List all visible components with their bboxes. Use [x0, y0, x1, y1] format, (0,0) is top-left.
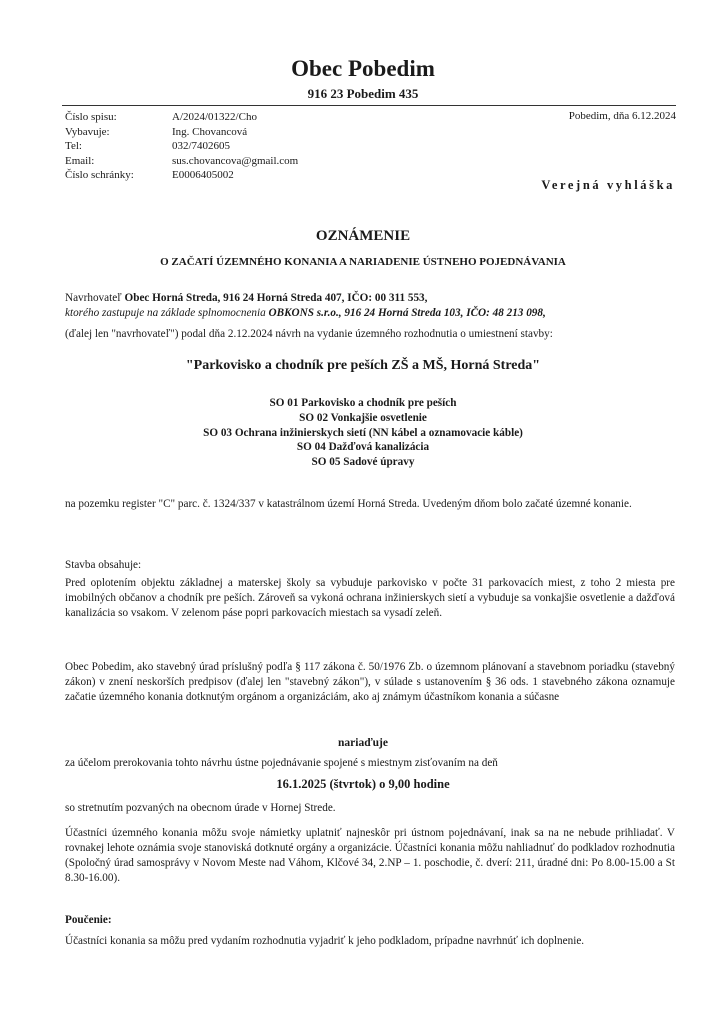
building-object: SO 04 Dažďová kanalizácia: [0, 440, 726, 455]
meta-row-email: Email: sus.chovancova@gmail.com: [65, 154, 298, 169]
purpose-paragraph: za účelom prerokovania tohto návrhu ústn…: [65, 756, 675, 771]
building-object: SO 01 Parkovisko a chodník pre peších: [0, 396, 726, 411]
document-subheading: O ZAČATÍ ÚZEMNÉHO KONANIA A NARIADENIE Ú…: [0, 256, 726, 268]
meeting-paragraph: so stretnutím pozvaných na obecnom úrade…: [65, 801, 675, 816]
proposer-name: Obec Horná Streda, 916 24 Horná Streda 4…: [125, 292, 428, 304]
meta-value: E0006405002: [172, 168, 234, 183]
building-objects-list: SO 01 Parkovisko a chodník pre peších SO…: [0, 396, 726, 470]
location-paragraph: na pozemku register "C" parc. č. 1324/33…: [65, 497, 675, 512]
authority-paragraph: Obec Pobedim, ako stavebný úrad príslušn…: [65, 660, 675, 705]
file-metadata: Číslo spisu: A/2024/01322/Cho Vybavuje: …: [65, 110, 298, 183]
proposer-line: Navrhovateľ Obec Horná Streda, 916 24 Ho…: [65, 291, 675, 306]
objections-paragraph: Účastníci územného konania môžu svoje ná…: [65, 826, 675, 886]
document-heading: OZNÁMENIE: [0, 228, 726, 245]
municipality-address: 916 23 Pobedim 435: [0, 86, 726, 102]
meta-row-file-number: Číslo spisu: A/2024/01322/Cho: [65, 110, 298, 125]
meta-row-phone: Tel: 032/7402605: [65, 139, 298, 154]
meta-value: 032/7402605: [172, 139, 230, 154]
meta-value: A/2024/01322/Cho: [172, 110, 257, 125]
hearing-date: 16.1.2025 (štvrtok) o 9,00 hodine: [0, 777, 726, 792]
proposer-paragraph: Navrhovateľ Obec Horná Streda, 916 24 Ho…: [65, 291, 675, 342]
public-notice-label: Verejná vyhláška: [541, 178, 675, 193]
instruction-label: Poučenie:: [65, 913, 675, 928]
representative-prefix: ktorého zastupuje na základe splnomocnen…: [65, 307, 269, 319]
representative-name: OBKONS s.r.o., 916 24 Horná Streda 103, …: [269, 307, 546, 319]
meta-value: Ing. Chovancová: [172, 125, 247, 140]
meta-value: sus.chovancova@gmail.com: [172, 154, 298, 169]
building-object: SO 02 Vonkajšie osvetlenie: [0, 411, 726, 426]
project-name: "Parkovisko a chodník pre peších ZŠ a MŠ…: [0, 358, 726, 374]
place-date: Pobedim, dňa 6.12.2024: [569, 110, 676, 122]
meta-label: Číslo schránky:: [65, 168, 172, 183]
meta-label: Email:: [65, 154, 172, 169]
contents-label: Stavba obsahuje:: [65, 558, 675, 573]
meta-row-handler: Vybavuje: Ing. Chovancová: [65, 125, 298, 140]
orders-heading: nariaďuje: [0, 737, 726, 749]
header-divider: [62, 105, 676, 106]
meta-label: Číslo spisu:: [65, 110, 172, 125]
contents-paragraph: Pred oplotením objektu základnej a mater…: [65, 576, 675, 621]
building-object: SO 03 Ochrana inžinierskych sietí (NN ká…: [0, 426, 726, 441]
meta-label: Tel:: [65, 139, 172, 154]
building-object: SO 05 Sadové úpravy: [0, 455, 726, 470]
instruction-paragraph: Účastníci konania sa môžu pred vydaním r…: [65, 934, 675, 949]
municipality-name: Obec Pobedim: [0, 56, 726, 82]
meta-label: Vybavuje:: [65, 125, 172, 140]
proposer-prefix: Navrhovateľ: [65, 292, 125, 304]
meta-row-mailbox: Číslo schránky: E0006405002: [65, 168, 298, 183]
representative-line: ktorého zastupuje na základe splnomocnen…: [65, 306, 675, 321]
document-page: Obec Pobedim 916 23 Pobedim 435 Číslo sp…: [0, 0, 726, 1024]
filing-line: (ďalej len "navrhovateľ") podal dňa 2.12…: [65, 327, 675, 342]
